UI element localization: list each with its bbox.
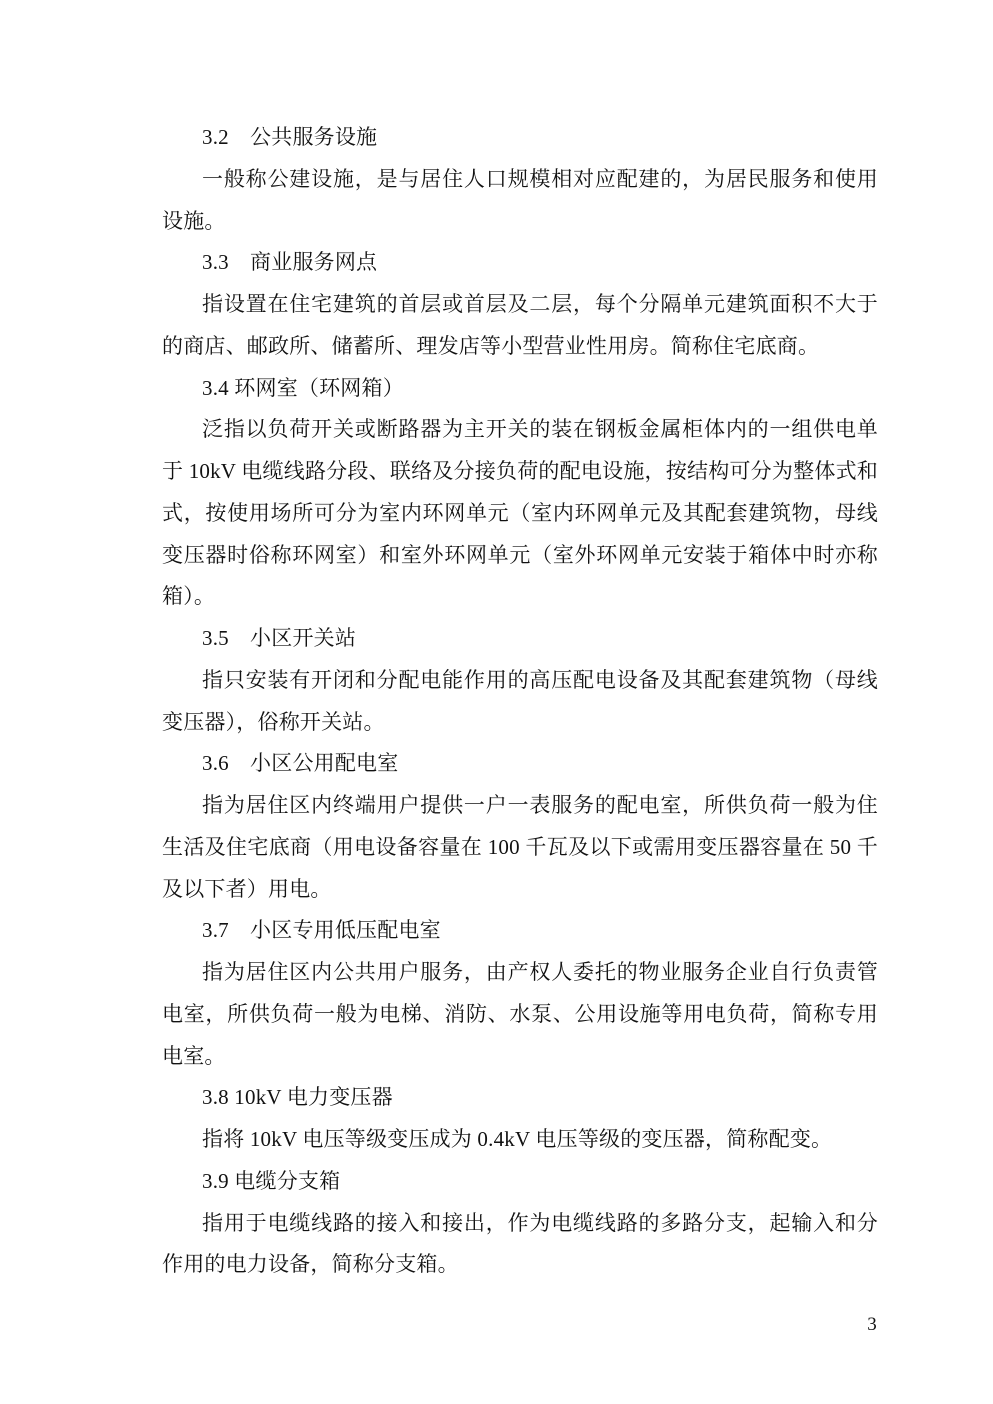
page-number: 3 [860,1312,884,1338]
paragraph-text: 指设置在住宅建筑的首层或首层及二层，每个分隔单元建筑面积不大于 300m [202,292,878,326]
heading-3-8: 3.8 10kV 电力变压器 [162,1077,878,1119]
heading-3-3: 3.3 商业服务网点 [162,242,878,284]
paragraph-line: 电室。 [162,1036,878,1078]
paragraph-line: 指设置在住宅建筑的首层或首层及二层，每个分隔单元建筑面积不大于 300m2 [162,284,878,326]
heading-3-4: 3.4 环网室（环网箱） [162,368,878,410]
paragraph-line: 生活及住宅底商（用电设备容量在 100 千瓦及以下或需用变压器容量在 50 千伏… [162,827,878,869]
paragraph-line: 变压器时俗称环网室）和室外环网单元（室外环网单元安装于箱体中时亦称环网 [162,535,878,577]
paragraph-line: 设施。 [162,201,878,243]
paragraph-line: 一般称公建设施，是与居住人口规模相对应配建的，为居民服务和使用的各类 [162,159,878,201]
paragraph-line: 指为居住区内公共用户服务，由产权人委托的物业服务企业自行负责管理的配 [162,952,878,994]
paragraph-line: 及以下者）用电。 [162,869,878,911]
paragraph-line: 电室，所供负荷一般为电梯、消防、水泵、公用设施等用电负荷，简称专用低压配 [162,994,878,1036]
paragraph-line: 指只安装有开闭和分配电能作用的高压配电设备及其配套建筑物（母线上无主 [162,660,878,702]
heading-3-5: 3.5 小区开关站 [162,618,878,660]
heading-3-7: 3.7 小区专用低压配电室 [162,910,878,952]
paragraph-line: 的商店、邮政所、储蓄所、理发店等小型营业性用房。简称住宅底商。 [162,326,878,368]
document-body: 3.2 公共服务设施 一般称公建设施，是与居住人口规模相对应配建的，为居民服务和… [162,117,878,1286]
paragraph-line: 指为居住区内终端用户提供一户一表服务的配电室，所供负荷一般为住宅居民 [162,785,878,827]
heading-3-6: 3.6 小区公用配电室 [162,743,878,785]
paragraph-line: 箱）。 [162,576,878,618]
paragraph-line: 于 10kV 电缆线路分段、联络及分接负荷的配电设施，按结构可分为整体式和间隔 [162,451,878,493]
paragraph-line: 泛指以负荷开关或断路器为主开关的装在钢板金属柜体内的一组供电单元,用 [162,409,878,451]
heading-3-9: 3.9 电缆分支箱 [162,1161,878,1203]
paragraph-line: 式，按使用场所可分为室内环网单元（室内环网单元及其配套建筑物，母线上无主 [162,493,878,535]
paragraph-line: 变压器），俗称开关站。 [162,702,878,744]
paragraph-line: 指用于电缆线路的接入和接出，作为电缆线路的多路分支，起输入和分配电能 [162,1203,878,1245]
document-page: 3.2 公共服务设施 一般称公建设施，是与居住人口规模相对应配建的，为居民服务和… [0,0,993,1404]
paragraph-line: 指将 10kV 电压等级变压成为 0.4kV 电压等级的变压器，简称配变。 [162,1119,878,1161]
paragraph-line: 作用的电力设备，简称分支箱。 [162,1244,878,1286]
heading-3-2: 3.2 公共服务设施 [162,117,878,159]
